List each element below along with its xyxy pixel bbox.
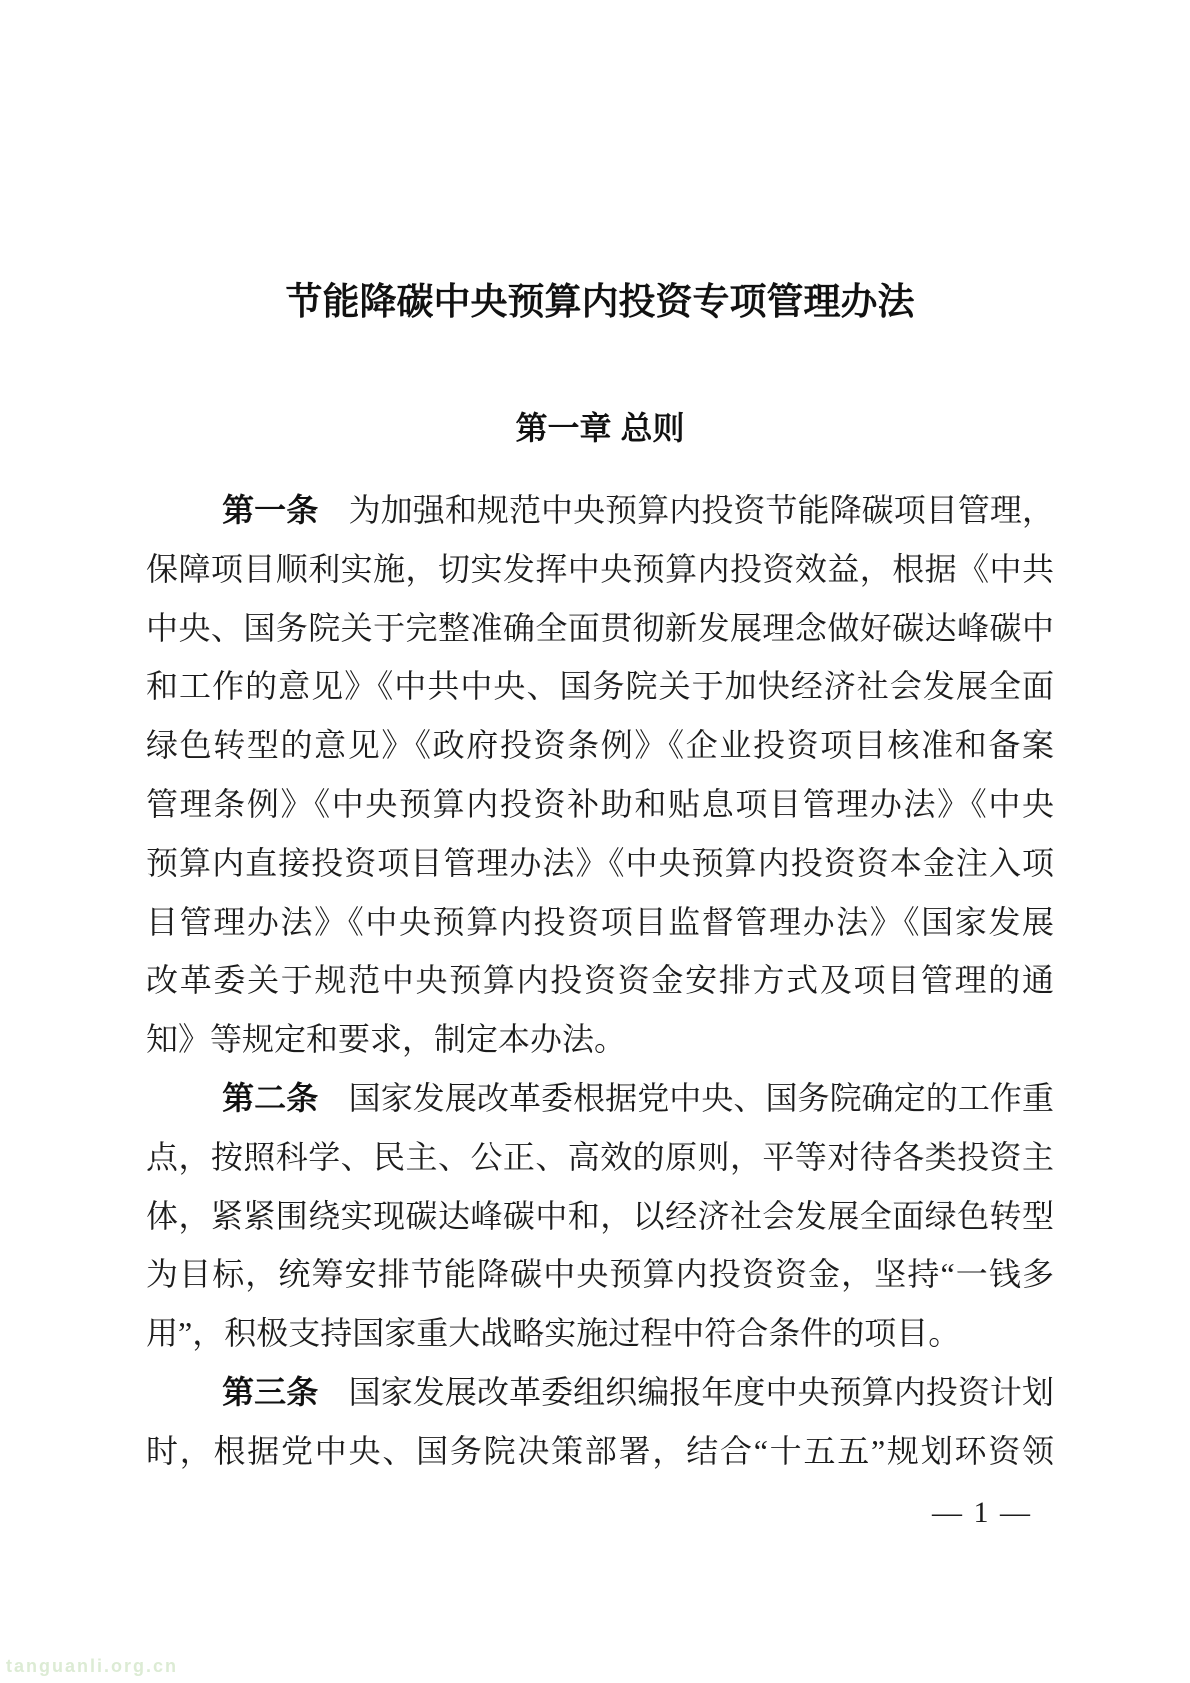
article-label: 第二条 xyxy=(222,1080,318,1116)
document-page: 节能降碳中央预算内投资专项管理办法 第一章 总则 第一条为加强和规范中央预算内投… xyxy=(0,0,1190,1683)
paragraph-line: 绿色转型的意见》《政府投资条例》《企业投资项目核准和备案 xyxy=(146,716,1054,775)
document-title: 节能降碳中央预算内投资专项管理办法 xyxy=(146,271,1054,325)
paragraph-first-line: 第二条国家发展改革委根据党中央、国务院确定的工作重 xyxy=(146,1069,1054,1128)
paragraph-line: 为目标，统筹安排节能降碳中央预算内投资资金，坚持“一钱多 xyxy=(146,1245,1054,1304)
paragraph-line: 改革委关于规范中央预算内投资资金安排方式及项目管理的通 xyxy=(146,951,1054,1010)
chapter-heading: 第一章 总则 xyxy=(146,403,1054,449)
paragraph-text: 国家发展改革委根据党中央、国务院确定的工作重 xyxy=(349,1080,1054,1116)
paragraph-text: 国家发展改革委组织编报年度中央预算内投资计划 xyxy=(349,1374,1054,1410)
paragraph-indent xyxy=(146,520,222,521)
watermark: tanguanli.org.cn xyxy=(6,1656,178,1677)
paragraph-line: 体，紧紧围绕实现碳达峰碳中和，以经济社会发展全面绿色转型 xyxy=(146,1187,1054,1246)
paragraph-line: 点，按照科学、民主、公正、高效的原则，平等对待各类投资主 xyxy=(146,1128,1054,1187)
article-label: 第一条 xyxy=(222,492,318,528)
paragraph-first-line: 第三条国家发展改革委组织编报年度中央预算内投资计划 xyxy=(146,1363,1054,1422)
paragraph-line: 保障项目顺利实施，切实发挥中央预算内投资效益，根据《中共 xyxy=(146,540,1054,599)
paragraph-line: 中央、国务院关于完整准确全面贯彻新发展理念做好碳达峰碳中 xyxy=(146,599,1054,658)
paragraph-indent xyxy=(146,1108,222,1109)
paragraph-indent xyxy=(146,1402,222,1403)
article-label: 第三条 xyxy=(222,1374,318,1410)
paragraph-last-line: 用”，积极支持国家重大战略实施过程中符合条件的项目。 xyxy=(146,1304,1054,1363)
document-body: 第一条为加强和规范中央预算内投资节能降碳项目管理， 保障项目顺利实施，切实发挥中… xyxy=(146,481,1054,1481)
paragraph-line: 时，根据党中央、国务院决策部署，结合“十五五”规划环资领 xyxy=(146,1422,1054,1481)
paragraph-last-line: 知》等规定和要求，制定本办法。 xyxy=(146,1010,1054,1069)
paragraph-first-line: 第一条为加强和规范中央预算内投资节能降碳项目管理， xyxy=(146,481,1054,540)
paragraph-line: 和工作的意见》《中共中央、国务院关于加快经济社会发展全面 xyxy=(146,657,1054,716)
paragraph-line: 管理条例》《中央预算内投资补助和贴息项目管理办法》《中央 xyxy=(146,775,1054,834)
paragraph-line: 预算内直接投资项目管理办法》《中央预算内投资资本金注入项 xyxy=(146,834,1054,893)
paragraph-line: 目管理办法》《中央预算内投资项目监督管理办法》《国家发展 xyxy=(146,893,1054,952)
page-number: — 1 — xyxy=(932,1496,1032,1530)
paragraph-text: 为加强和规范中央预算内投资节能降碳项目管理， xyxy=(349,492,1054,528)
